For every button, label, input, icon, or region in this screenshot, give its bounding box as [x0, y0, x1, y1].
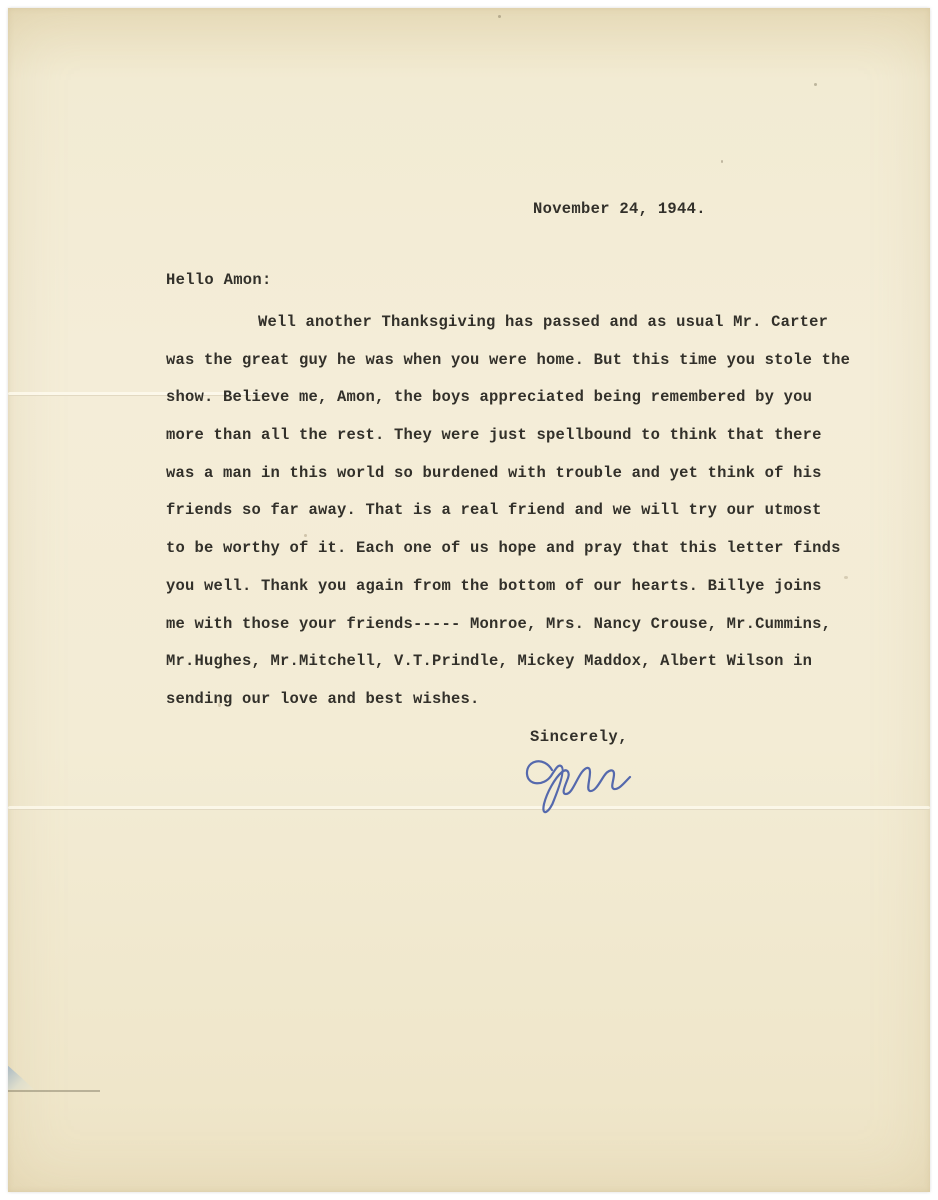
letter-body-line: was a man in this world so burdened with…: [166, 455, 861, 493]
scanned-letter: November 24, 1944. Hello Amon: Well anot…: [0, 0, 938, 1200]
paper-speck: [721, 160, 723, 163]
paper-speck: [844, 576, 848, 579]
letter-body-line: you well. Thank you again from the botto…: [166, 568, 861, 606]
letter-body-line: sending our love and best wishes.: [166, 681, 861, 719]
handwritten-signature-clyde: [514, 746, 684, 826]
letter-body-line: to be worthy of it. Each one of us hope …: [166, 530, 861, 568]
letter-body: Well another Thanksgiving has passed and…: [166, 304, 861, 719]
paper-speck: [304, 534, 307, 537]
corner-paper-mark: [8, 1063, 34, 1091]
letter-closing: Sincerely,: [530, 728, 628, 746]
letter-page: November 24, 1944. Hello Amon: Well anot…: [8, 8, 930, 1192]
letter-salutation: Hello Amon:: [166, 271, 272, 289]
letter-body-line: was the great guy he was when you were h…: [166, 342, 861, 380]
paper-speck: [814, 83, 817, 86]
paper-speck: [498, 15, 501, 18]
fold-crease-lower: [8, 806, 930, 810]
paper-speck: [218, 703, 221, 707]
letter-body-line: Mr.Hughes, Mr.Mitchell, V.T.Prindle, Mic…: [166, 643, 861, 681]
letter-body-line: more than all the rest. They were just s…: [166, 417, 861, 455]
letter-body-line: Well another Thanksgiving has passed and…: [166, 304, 861, 342]
letter-body-line: me with those your friends----- Monroe, …: [166, 606, 861, 644]
letter-date: November 24, 1944.: [533, 200, 706, 218]
letter-body-line: show. Believe me, Amon, the boys appreci…: [166, 379, 861, 417]
corner-paper-mark-edge: [8, 1090, 100, 1092]
letter-body-line: friends so far away. That is a real frie…: [166, 492, 861, 530]
